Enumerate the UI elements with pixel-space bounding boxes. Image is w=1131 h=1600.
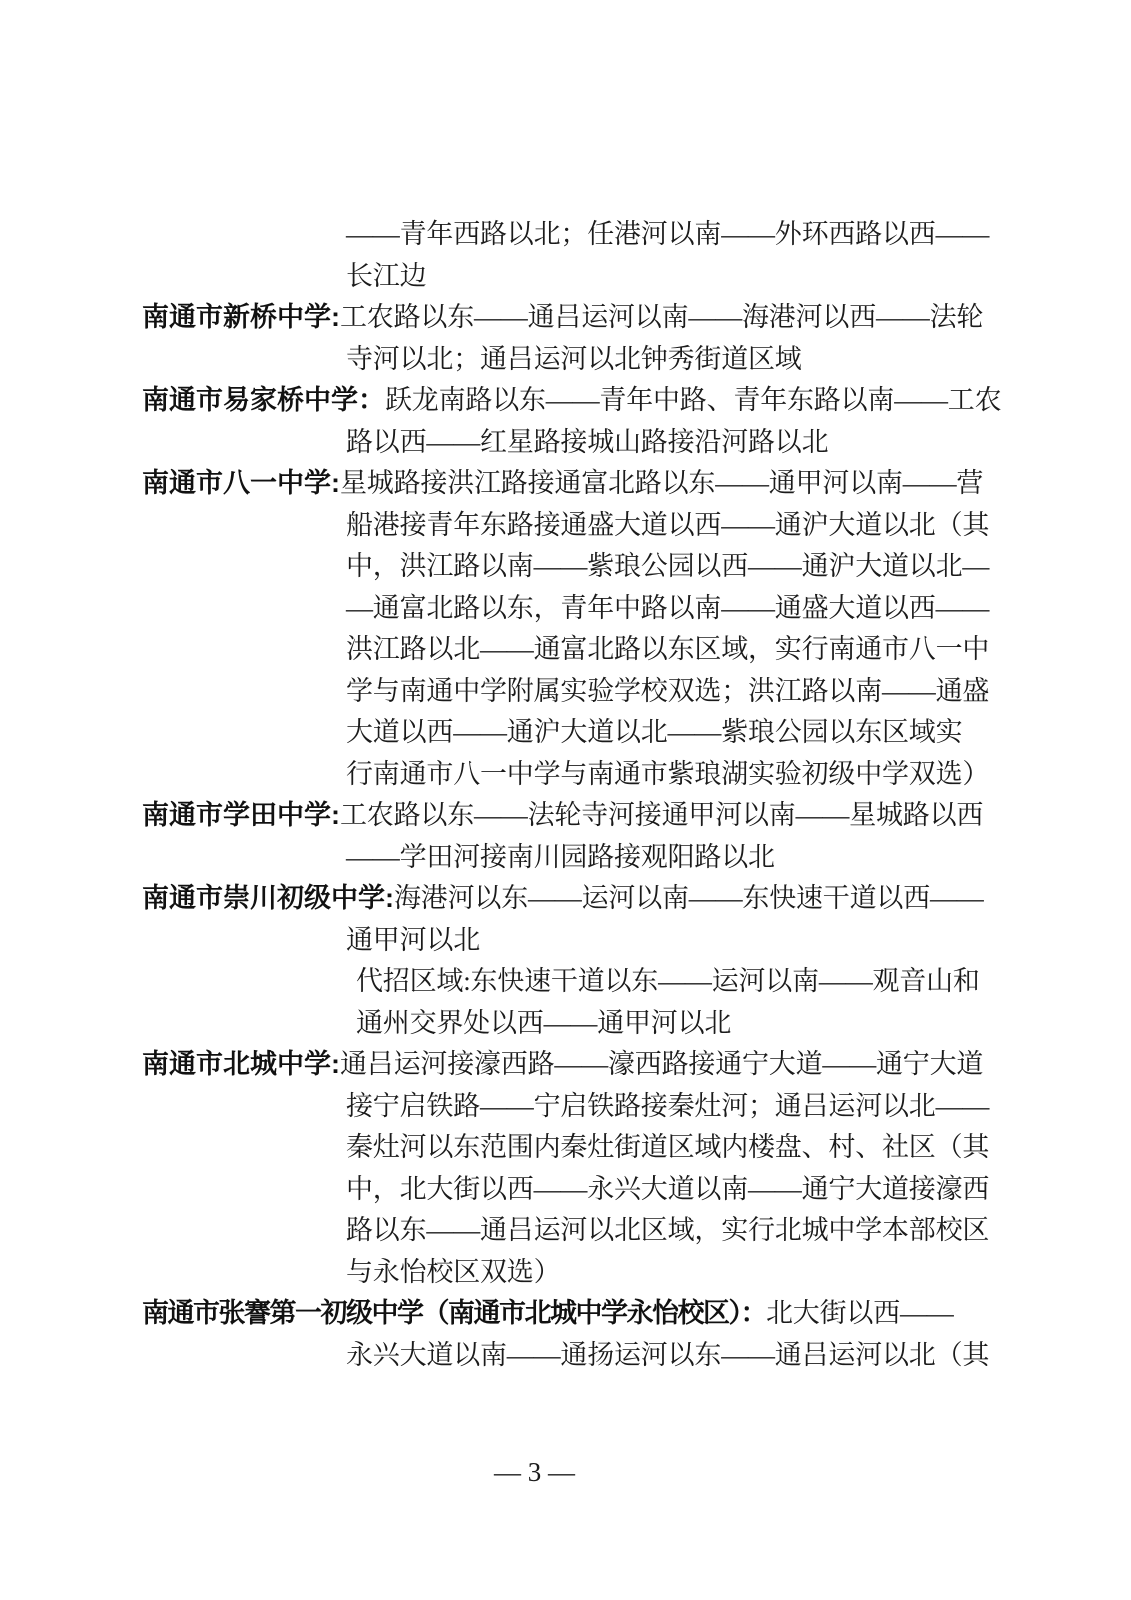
document-page: ——青年西路以北；任港河以南——外环西路以西——长江边南通市新桥中学:工农路以东…	[0, 0, 1131, 1600]
zone-line: 行南通市八一中学与南通市紫琅湖实验初级中学双选）	[346, 754, 1002, 796]
zone-text: 跃龙南路以东——青年中路、青年东路以南——工农	[385, 385, 1001, 415]
zone-line: 南通市新桥中学:工农路以东——通吕运河以南——海港河以西——法轮	[142, 297, 1002, 339]
zone-line: 南通市北城中学:通吕运河接濠西路——濠西路接通宁大道——通宁大道	[142, 1044, 1002, 1086]
zone-text: 星城路接洪江路接通富北路以东——通甲河以南——营	[340, 468, 983, 498]
page-number: — 3 —	[0, 1452, 1131, 1493]
zone-text: 工农路以东——通吕运河以南——海港河以西——法轮	[340, 302, 983, 332]
zone-line: 学与南通中学附属实验学校双选；洪江路以南——通盛	[346, 671, 1002, 713]
school-entry: 南通市崇川初级中学:海港河以东——运河以南——东快速干道以西——通甲河以北代招区…	[142, 878, 1002, 1044]
school-entry: 南通市新桥中学:工农路以东——通吕运河以南——海港河以西——法轮寺河以北；通吕运…	[142, 297, 1002, 380]
zone-line: 南通市易家桥中学：跃龙南路以东——青年中路、青年东路以南——工农	[142, 380, 1002, 422]
zone-line: 中，北大街以西——永兴大道以南——通宁大道接濠西	[346, 1169, 1002, 1211]
school-name: 南通市崇川初级中学:	[142, 883, 394, 913]
school-entry: 南通市北城中学:通吕运河接濠西路——濠西路接通宁大道——通宁大道接宁启铁路——宁…	[142, 1044, 1002, 1293]
school-entry: ——青年西路以北；任港河以南——外环西路以西——长江边	[142, 214, 1002, 297]
school-name: 南通市学田中学:	[142, 800, 340, 830]
school-name: 南通市八一中学:	[142, 468, 340, 498]
school-name: 南通市易家桥中学：	[142, 385, 385, 415]
special-zone-line: 代招区域:东快速干道以东——运河以南——观音山和	[356, 961, 1002, 1003]
zone-text: 北大街以西——	[766, 1298, 954, 1328]
school-entry: 南通市张謇第一初级中学（南通市北城中学永怡校区）：北大街以西——永兴大道以南——…	[142, 1293, 1002, 1376]
special-zone-line: 通州交界处以西——通甲河以北	[356, 1003, 1002, 1045]
zone-line: 长江边	[346, 256, 1002, 298]
zone-line: 南通市张謇第一初级中学（南通市北城中学永怡校区）：北大街以西——	[142, 1293, 1002, 1335]
zone-line: 南通市八一中学:星城路接洪江路接通富北路以东——通甲河以南——营	[142, 463, 1002, 505]
school-name: 南通市北城中学:	[142, 1049, 340, 1079]
zone-line: 秦灶河以东范围内秦灶街道区域内楼盘、村、社区（其	[346, 1127, 1002, 1169]
zone-line: 中，洪江路以南——紫琅公园以西——通沪大道以北—	[346, 546, 1002, 588]
school-name: 南通市新桥中学:	[142, 302, 340, 332]
zone-line: ——青年西路以北；任港河以南——外环西路以西——	[346, 214, 1002, 256]
zone-text: 通吕运河接濠西路——濠西路接通宁大道——通宁大道	[340, 1049, 983, 1079]
zone-line: 寺河以北；通吕运河以北钟秀街道区域	[346, 339, 1002, 381]
school-entry: 南通市八一中学:星城路接洪江路接通富北路以东——通甲河以南——营船港接青年东路接…	[142, 463, 1002, 795]
zone-line: 接宁启铁路——宁启铁路接秦灶河；通吕运河以北——	[346, 1086, 1002, 1128]
zone-text: 海港河以东——运河以南——东快速干道以西——	[394, 883, 984, 913]
school-zone-list: ——青年西路以北；任港河以南——外环西路以西——长江边南通市新桥中学:工农路以东…	[142, 214, 1002, 1376]
zone-line: ——学田河接南川园路接观阳路以北	[346, 837, 1002, 879]
zone-line: 南通市崇川初级中学:海港河以东——运河以南——东快速干道以西——	[142, 878, 1002, 920]
school-entry: 南通市学田中学:工农路以东——法轮寺河接通甲河以南——星城路以西——学田河接南川…	[142, 795, 1002, 878]
zone-line: 通甲河以北	[346, 920, 1002, 962]
zone-line: 南通市学田中学:工农路以东——法轮寺河接通甲河以南——星城路以西	[142, 795, 1002, 837]
zone-line: 永兴大道以南——通扬运河以东——通吕运河以北（其	[346, 1335, 1002, 1377]
school-name: 南通市张謇第一初级中学（南通市北城中学永怡校区）：	[142, 1298, 766, 1328]
zone-line: —通富北路以东，青年中路以南——通盛大道以西——	[346, 588, 1002, 630]
zone-line: 洪江路以北——通富北路以东区域，实行南通市八一中	[346, 629, 1002, 671]
zone-line: 与永怡校区双选）	[346, 1252, 1002, 1294]
zone-line: 大道以西——通沪大道以北——紫琅公园以东区域实	[346, 712, 1002, 754]
zone-line: 路以东——通吕运河以北区域，实行北城中学本部校区	[346, 1210, 1002, 1252]
zone-text: 工农路以东——法轮寺河接通甲河以南——星城路以西	[340, 800, 983, 830]
zone-line: 路以西——红星路接城山路接沿河路以北	[346, 422, 1002, 464]
school-entry: 南通市易家桥中学：跃龙南路以东——青年中路、青年东路以南——工农路以西——红星路…	[142, 380, 1002, 463]
zone-line: 船港接青年东路接通盛大道以西——通沪大道以北（其	[346, 505, 1002, 547]
